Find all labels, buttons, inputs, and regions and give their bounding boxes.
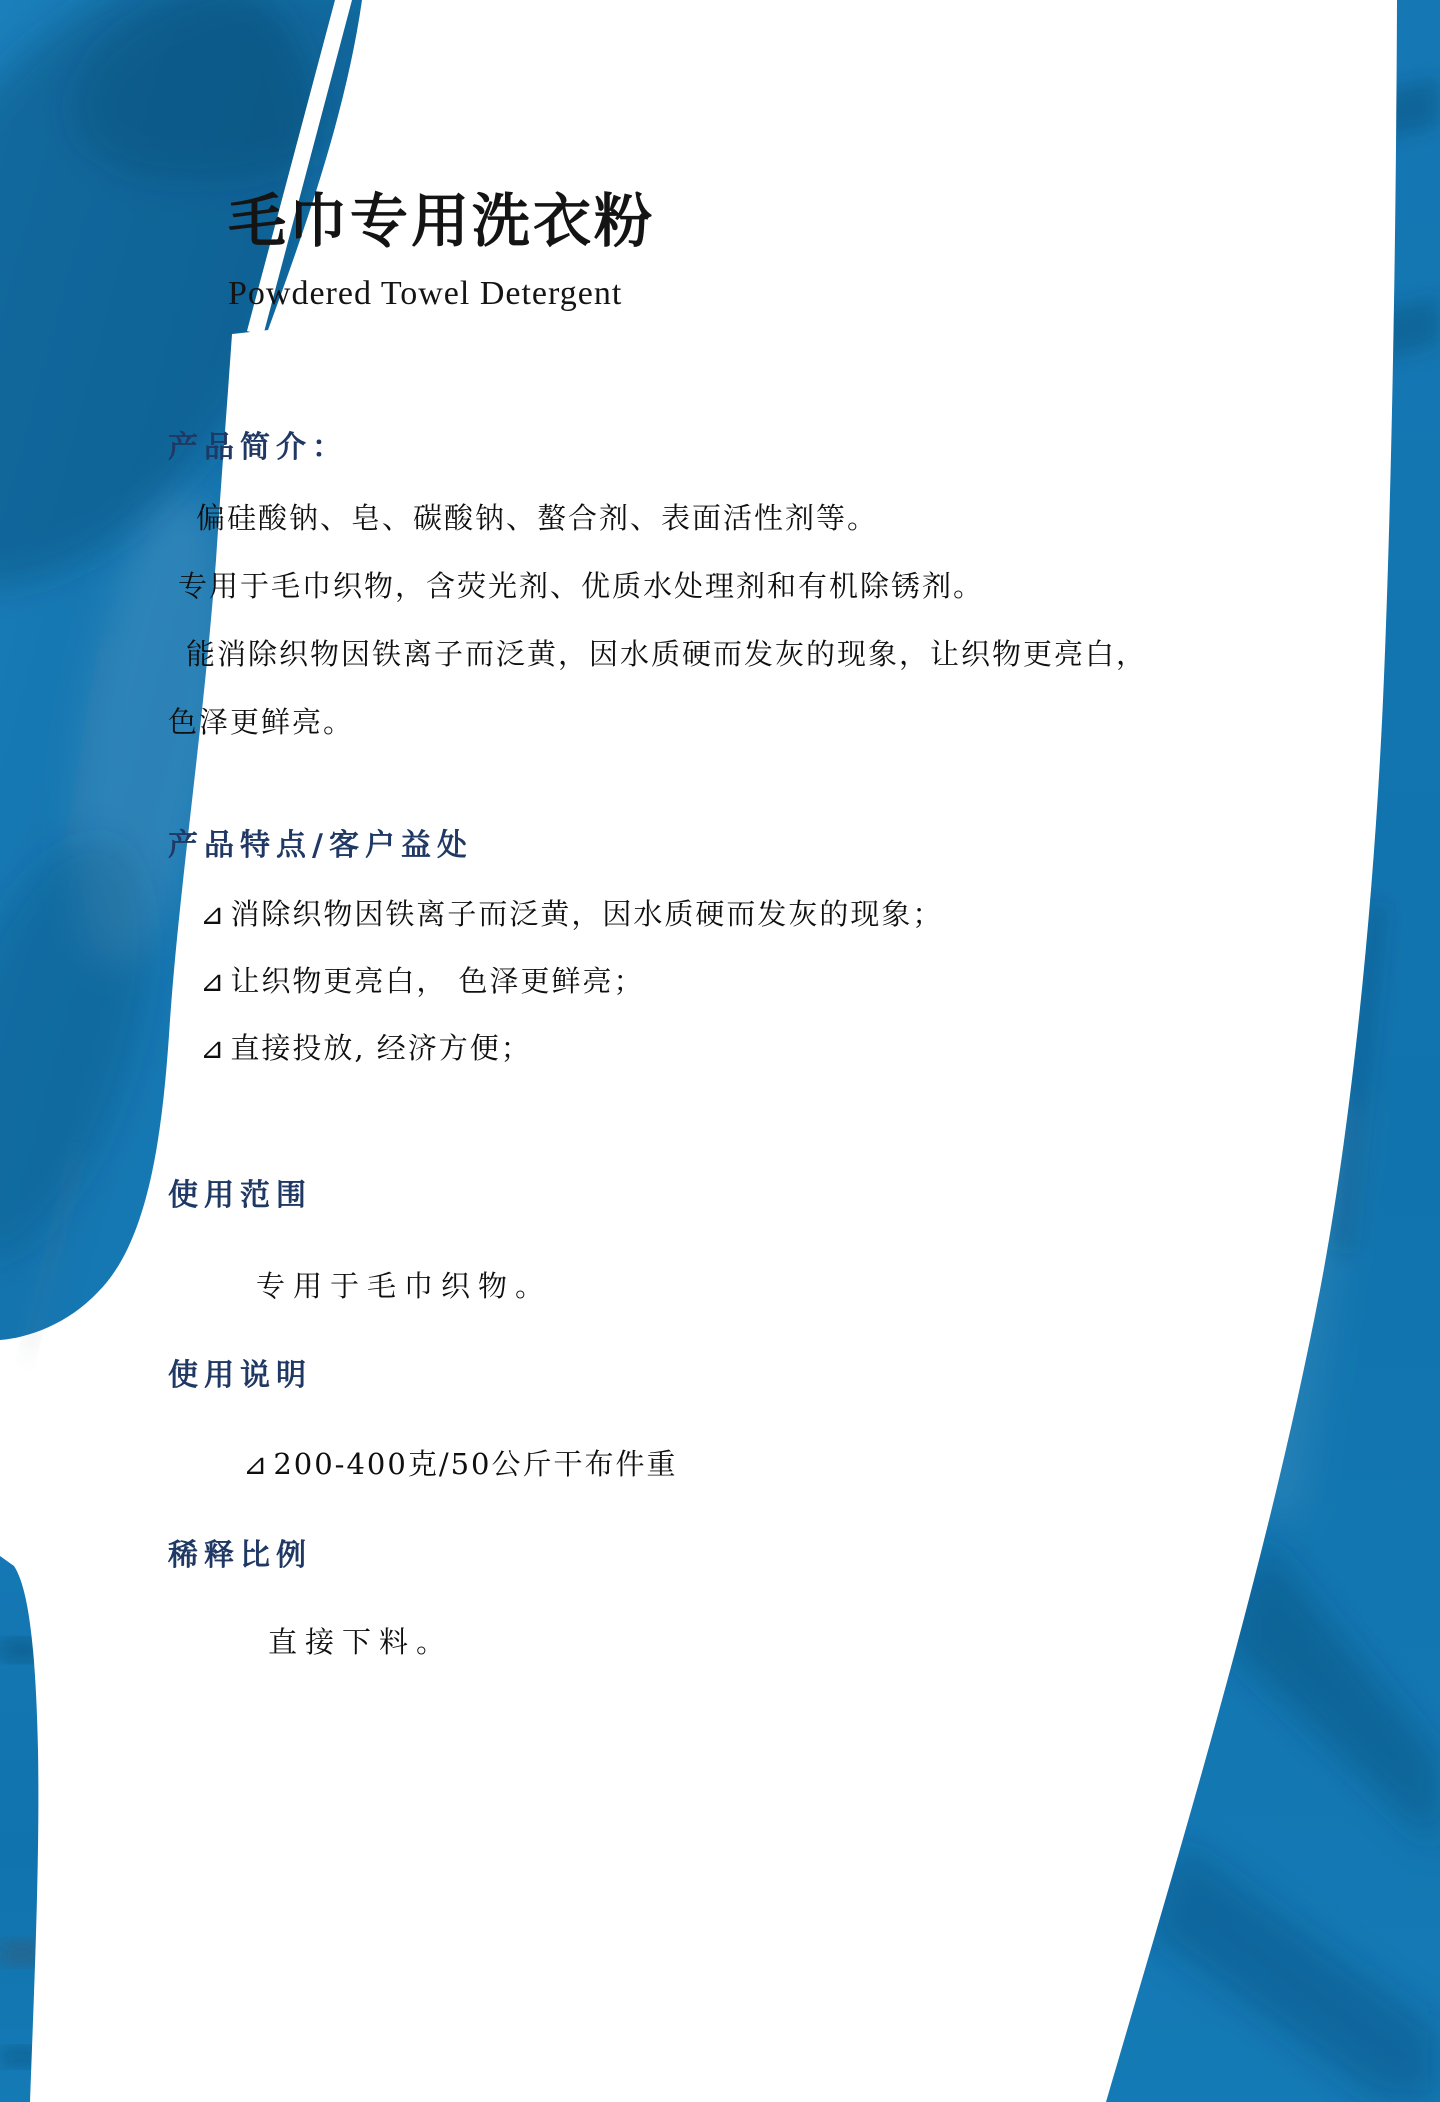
scope-body: 专用于毛巾织物。 — [256, 1266, 552, 1306]
usage-body: ⊿200-400克/50公斤干布件重 — [243, 1444, 678, 1484]
intro-line: 能消除织物因铁离子而泛黄，因水质硬而发灰的现象，让织物更亮白， — [186, 634, 1147, 674]
page-title: 毛巾专用洗衣粉 — [228, 186, 655, 258]
triangle-bullet-icon: ⊿ — [200, 1031, 226, 1065]
section-heading-intro: 产品简介： — [168, 428, 348, 468]
product-datasheet-page: 毛巾专用洗衣粉 Powdered Towel Detergent 产品简介： 偏… — [0, 0, 1440, 2102]
feature-item: ⊿消除织物因铁离子而泛黄，因水质硬而发灰的现象； — [200, 894, 943, 934]
bottom-left-blue-strip — [0, 1556, 44, 2102]
right-blue-band — [1106, 0, 1440, 2102]
triangle-bullet-icon: ⊿ — [200, 964, 226, 998]
triangle-bullet-icon: ⊿ — [200, 897, 226, 931]
intro-line: 色泽更鲜亮。 — [168, 702, 354, 742]
section-heading-usage: 使用说明 — [168, 1356, 312, 1396]
dilution-body: 直接下料。 — [268, 1622, 453, 1662]
page-subtitle: Powdered Towel Detergent — [228, 274, 622, 314]
usage-body-text: 200-400克/50公斤干布件重 — [273, 1447, 677, 1481]
section-heading-dilution: 稀释比例 — [168, 1536, 312, 1576]
feature-item-text: 直接投放, 经济方便； — [230, 1031, 531, 1065]
feature-item-text: 消除织物因铁离子而泛黄，因水质硬而发灰的现象； — [230, 897, 943, 931]
feature-item-text: 让织物更亮白， 色泽更鲜亮； — [230, 964, 644, 998]
feature-item: ⊿直接投放, 经济方便； — [200, 1028, 532, 1068]
section-heading-features: 产品特点/客户益处 — [168, 826, 473, 866]
intro-line: 专用于毛巾织物，含荧光剂、优质水处理剂和有机除锈剂。 — [178, 566, 984, 606]
intro-line: 偏硅酸钠、皂、碳酸钠、螯合剂、表面活性剂等。 — [196, 498, 878, 538]
feature-item: ⊿让织物更亮白， 色泽更鲜亮； — [200, 961, 645, 1001]
section-heading-scope: 使用范围 — [168, 1176, 312, 1216]
triangle-bullet-icon: ⊿ — [243, 1447, 269, 1481]
